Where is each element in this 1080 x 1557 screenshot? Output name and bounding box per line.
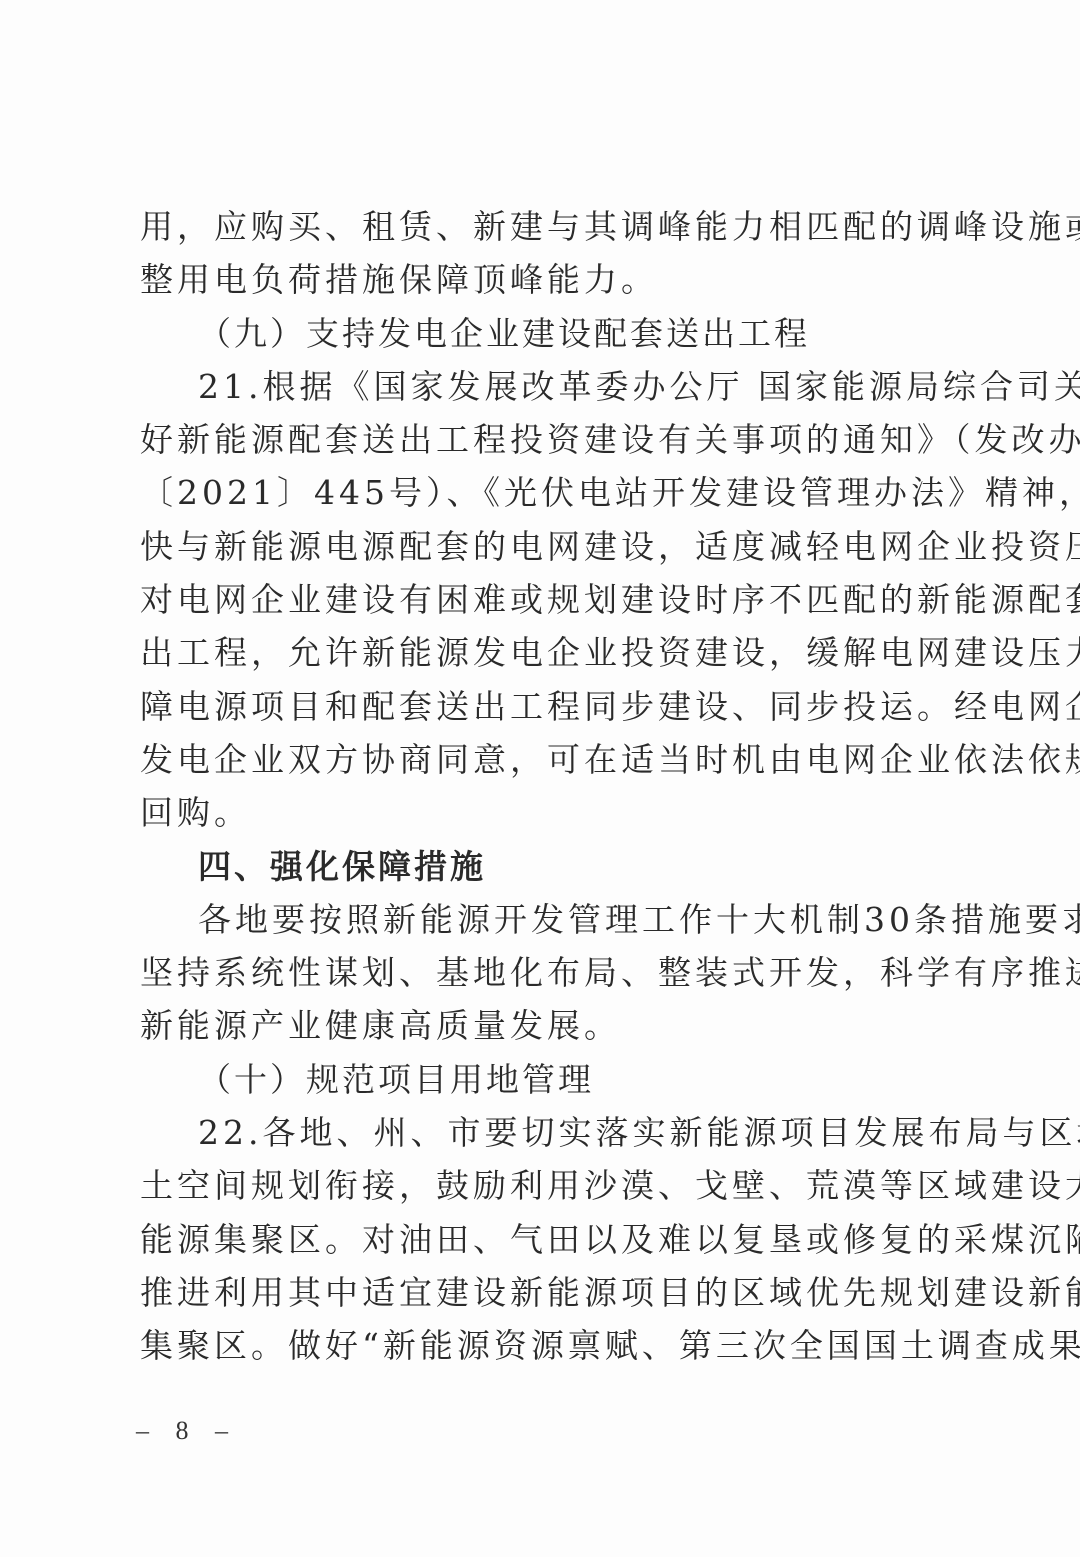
text-line: 坚持系统性谋划、基地化布局、整装式开发，科学有序推进区域 xyxy=(140,946,952,999)
text-line: 能源集聚区。对油田、气田以及难以复垦或修复的采煤沉陷区， xyxy=(140,1213,952,1266)
text-line: 出工程，允许新能源发电企业投资建设，缓解电网建设压力，保 xyxy=(140,626,952,679)
text-line: 22.各地、州、市要切实落实新能源项目发展布局与区域国 xyxy=(140,1106,952,1159)
text-line: 〔2021〕445号）、《光伏电站开发建设管理办法》精神，为加 xyxy=(140,466,952,519)
text-line: 整用电负荷措施保障顶峰能力。 xyxy=(140,253,952,306)
page-number: – 8 – xyxy=(136,1416,238,1446)
document-page: 用，应购买、租赁、新建与其调峰能力相匹配的调峰设施或采取调 整用电负荷措施保障顶… xyxy=(140,200,952,1373)
text-line: 推进利用其中适宜建设新能源项目的区域优先规划建设新能源 xyxy=(140,1266,952,1319)
text-line: 对电网企业建设有困难或规划建设时序不匹配的新能源配套送 xyxy=(140,573,952,626)
subsection-heading: （九）支持发电企业建设配套送出工程 xyxy=(140,307,952,360)
text-line: 21.根据《国家发展改革委办公厅 国家能源局综合司关于做 xyxy=(140,360,952,413)
text-line: 集聚区。做好“新能源资源禀赋、第三次全国国土调查成果、主 xyxy=(140,1319,952,1372)
text-line: 回购。 xyxy=(140,786,952,839)
subsection-heading: （十）规范项目用地管理 xyxy=(140,1053,952,1106)
text-line: 各地要按照新能源开发管理工作十大机制30条措施要求， xyxy=(140,893,952,946)
text-line: 土空间规划衔接，鼓励利用沙漠、戈壁、荒漠等区域建设大型新 xyxy=(140,1159,952,1212)
section-heading: 四、强化保障措施 xyxy=(140,840,952,893)
text-line: 发电企业双方协商同意，可在适当时机由电网企业依法依规进行 xyxy=(140,733,952,786)
text-line: 障电源项目和配套送出工程同步建设、同步投运。经电网企业与 xyxy=(140,680,952,733)
text-line: 用，应购买、租赁、新建与其调峰能力相匹配的调峰设施或采取调 xyxy=(140,200,952,253)
text-line: 快与新能源电源配套的电网建设，适度减轻电网企业投资压力， xyxy=(140,520,952,573)
text-line: 好新能源配套送出工程投资建设有关事项的通知》（发改办运行 xyxy=(140,413,952,466)
text-line: 新能源产业健康高质量发展。 xyxy=(140,999,952,1052)
